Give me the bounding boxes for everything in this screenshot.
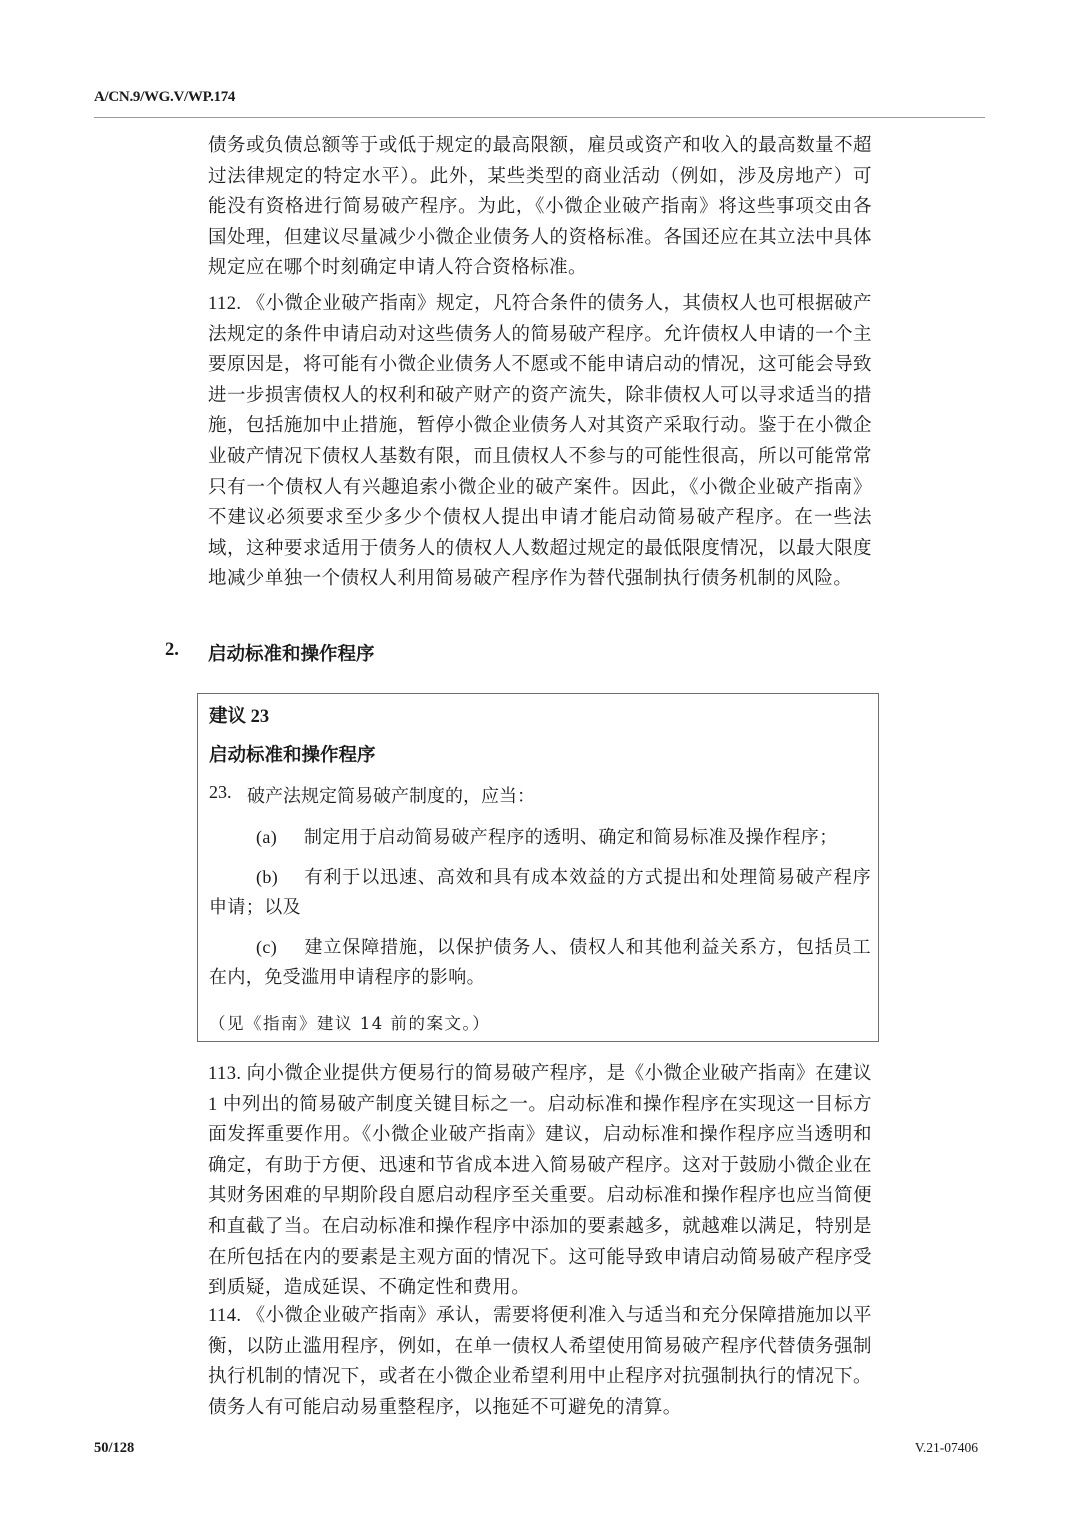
paragraph-114: 114. 《小微企业破产指南》承认，需要将便利准入与适当和充分保障措施加以平衡，… — [208, 1301, 872, 1423]
paragraph-continuation: 债务或负债总额等于或低于规定的最高限额，雇员或资产和收入的最高数量不超过法律规定… — [208, 131, 872, 284]
section-number: 2. — [165, 640, 208, 666]
recommendation-intro: 23. 破产法规定简易破产制度的，应当： — [209, 782, 535, 808]
paragraph-113: 113. 向小微企业提供方便易行的简易破产程序，是《小微企业破产指南》在建议 1… — [208, 1059, 872, 1304]
page-number: 50/128 — [94, 1440, 134, 1457]
item-text: 建立保障措施，以保护债务人、债权人和其他利益关系方，包括员工在内，免受滥用申请程… — [209, 937, 871, 987]
section-heading: 2. 启动标准和操作程序 — [165, 640, 375, 666]
recommendation-item-b: (b)有利于以迅速、高效和具有成本效益的方式提出和处理简易破产程序申请；以及 — [209, 862, 871, 922]
recommendation-item-c: (c)建立保障措施，以保护债务人、债权人和其他利益关系方，包括员工在内，免受滥用… — [209, 932, 871, 992]
item-marker: (b) — [256, 862, 304, 892]
item-marker: (a) — [256, 822, 304, 852]
recommendation-intro-text: 破产法规定简易破产制度的，应当： — [247, 782, 535, 808]
item-marker: (c) — [256, 932, 304, 962]
recommendation-note: （见《指南》建议 14 前的案文。） — [209, 1010, 490, 1034]
recommendation-number: 23. — [209, 782, 247, 808]
recommendation-item-a: (a)制定用于启动简易破产程序的透明、确定和简易标准及操作程序； — [209, 822, 871, 852]
recommendation-subtitle: 启动标准和操作程序 — [209, 741, 376, 767]
document-symbol: A/CN.9/WG.V/WP.174 — [94, 89, 235, 106]
paragraph-112: 112. 《小微企业破产指南》规定，凡符合条件的债务人，其债权人也可根据破产法规… — [208, 289, 872, 595]
document-code: V.21-07406 — [915, 1440, 978, 1456]
section-title: 启动标准和操作程序 — [208, 640, 375, 666]
item-text: 有利于以迅速、高效和具有成本效益的方式提出和处理简易破产程序申请；以及 — [209, 867, 871, 917]
recommendation-title: 建议 23 — [209, 702, 269, 728]
item-text: 制定用于启动简易破产程序的透明、确定和简易标准及操作程序； — [304, 827, 838, 847]
recommendation-box: 建议 23 启动标准和操作程序 23. 破产法规定简易破产制度的，应当： (a)… — [197, 693, 879, 1042]
header-divider — [94, 117, 985, 118]
